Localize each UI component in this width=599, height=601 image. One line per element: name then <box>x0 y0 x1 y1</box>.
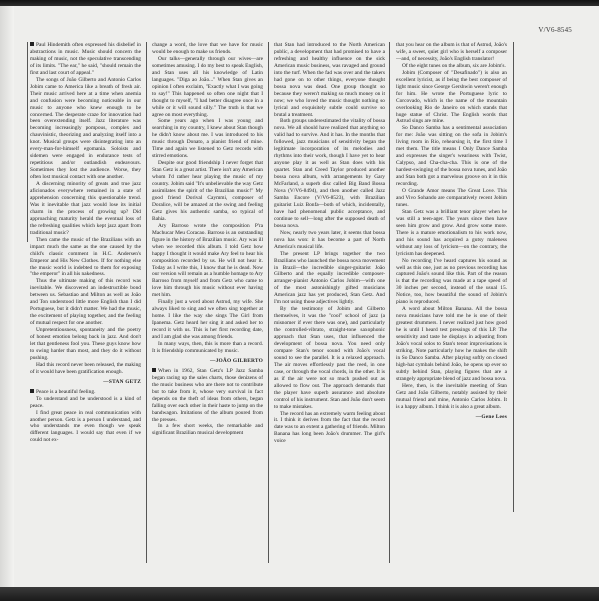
paragraph: In a few short weeks, the remarkable and… <box>152 423 263 437</box>
paragraph: Paul Hindemith often expressed his disbe… <box>30 42 141 77</box>
column-2: change a word, the love that we have for… <box>152 42 263 563</box>
paragraph: Our talks—generally through our wives—ar… <box>152 56 263 119</box>
paragraph: O Grande Amor means The Great Love. This… <box>396 188 507 209</box>
column-rule-right <box>513 42 514 512</box>
column-rule-left <box>27 42 28 242</box>
column-1: Paul Hindemith often expressed his disbe… <box>30 42 141 563</box>
bottom-edge-shadow <box>0 587 599 601</box>
paragraph: Of the eight tunes on the album, six are… <box>396 63 507 70</box>
paragraph: Jobim (Composer of "Desafinado") is also… <box>396 70 507 126</box>
signature-stan-getz: —STAN GETZ <box>30 379 141 386</box>
paragraph: To understand and be understood is a kin… <box>30 396 141 410</box>
paragraph: Here, then, is the inevitable meeting of… <box>396 383 507 411</box>
paragraph: Then came the music of the Brazilians wi… <box>30 237 141 279</box>
column-4: that you hear on the album is that of As… <box>396 42 507 563</box>
square-bullet-icon <box>30 389 34 393</box>
paragraph: So Danco Samba has a sentimental associa… <box>396 125 507 188</box>
liner-notes-text: Paul Hindemith often expressed his disbe… <box>30 42 560 563</box>
paragraph: Both groups underestimated the vitality … <box>274 118 385 229</box>
paragraph: The record has an extremely warm feeling… <box>274 411 385 446</box>
paragraph: The songs of João Gilberto and Antonio C… <box>30 77 141 181</box>
paragraph: Now, nearly two years later, it seems th… <box>274 230 385 251</box>
column-rule <box>146 42 147 563</box>
paragraph: The present LP brings together the two B… <box>274 251 385 307</box>
signature-joao-gilberto: —JOÃO GILBERTO <box>152 358 263 365</box>
paragraph: change a word, the love that we have for… <box>152 42 263 56</box>
paragraph: Unpretentiousness, spontaneity and the p… <box>30 327 141 362</box>
signature-gene-lees: —Gene Lees <box>396 414 507 421</box>
column-3: that Stan had introduced to the North Am… <box>274 42 385 563</box>
square-bullet-icon <box>30 42 34 46</box>
paragraph: A discerning minority of greats and true… <box>30 181 141 237</box>
paragraph: that you hear on the album is that of As… <box>396 42 507 63</box>
paragraph: Ary Barroso wrote the composition P'ra M… <box>152 223 263 299</box>
paragraph: I find great peace in real communication… <box>30 410 141 445</box>
paragraph: When in 1962, Stan Getz's LP Jazz Samba … <box>152 368 263 424</box>
paragraph: that Stan had introduced to the North Am… <box>274 42 385 118</box>
column-rule <box>268 42 269 563</box>
paragraph: Some years ago when I was young and sear… <box>152 118 263 160</box>
paragraph: No recording I've heard captures his sou… <box>396 258 507 307</box>
paragraph: Thus the ultimate making of this record … <box>30 278 141 327</box>
paragraph: Stan Getz was a brilliant tenor player w… <box>396 209 507 258</box>
paragraph: In many ways, then, this is more than a … <box>152 341 263 355</box>
paragraph: A word about Milton Banana. All the boss… <box>396 306 507 382</box>
paragraph: Finally just a word about Astrud, my wif… <box>152 299 263 341</box>
paragraph: Peace is a beautiful feeling. <box>30 389 141 396</box>
paragraph: Despite our good friendship I never forg… <box>152 160 263 223</box>
catalog-number: V/V6-8545 <box>538 26 572 34</box>
column-rule <box>389 42 390 563</box>
square-bullet-icon <box>152 368 156 372</box>
liner-notes-page: V/V6-8545 Paul Hindemith often expressed… <box>0 6 599 588</box>
paragraph: Had this record never been released, the… <box>30 362 141 376</box>
paragraph: By the testimony of Jobim and Gilberto t… <box>274 306 385 410</box>
